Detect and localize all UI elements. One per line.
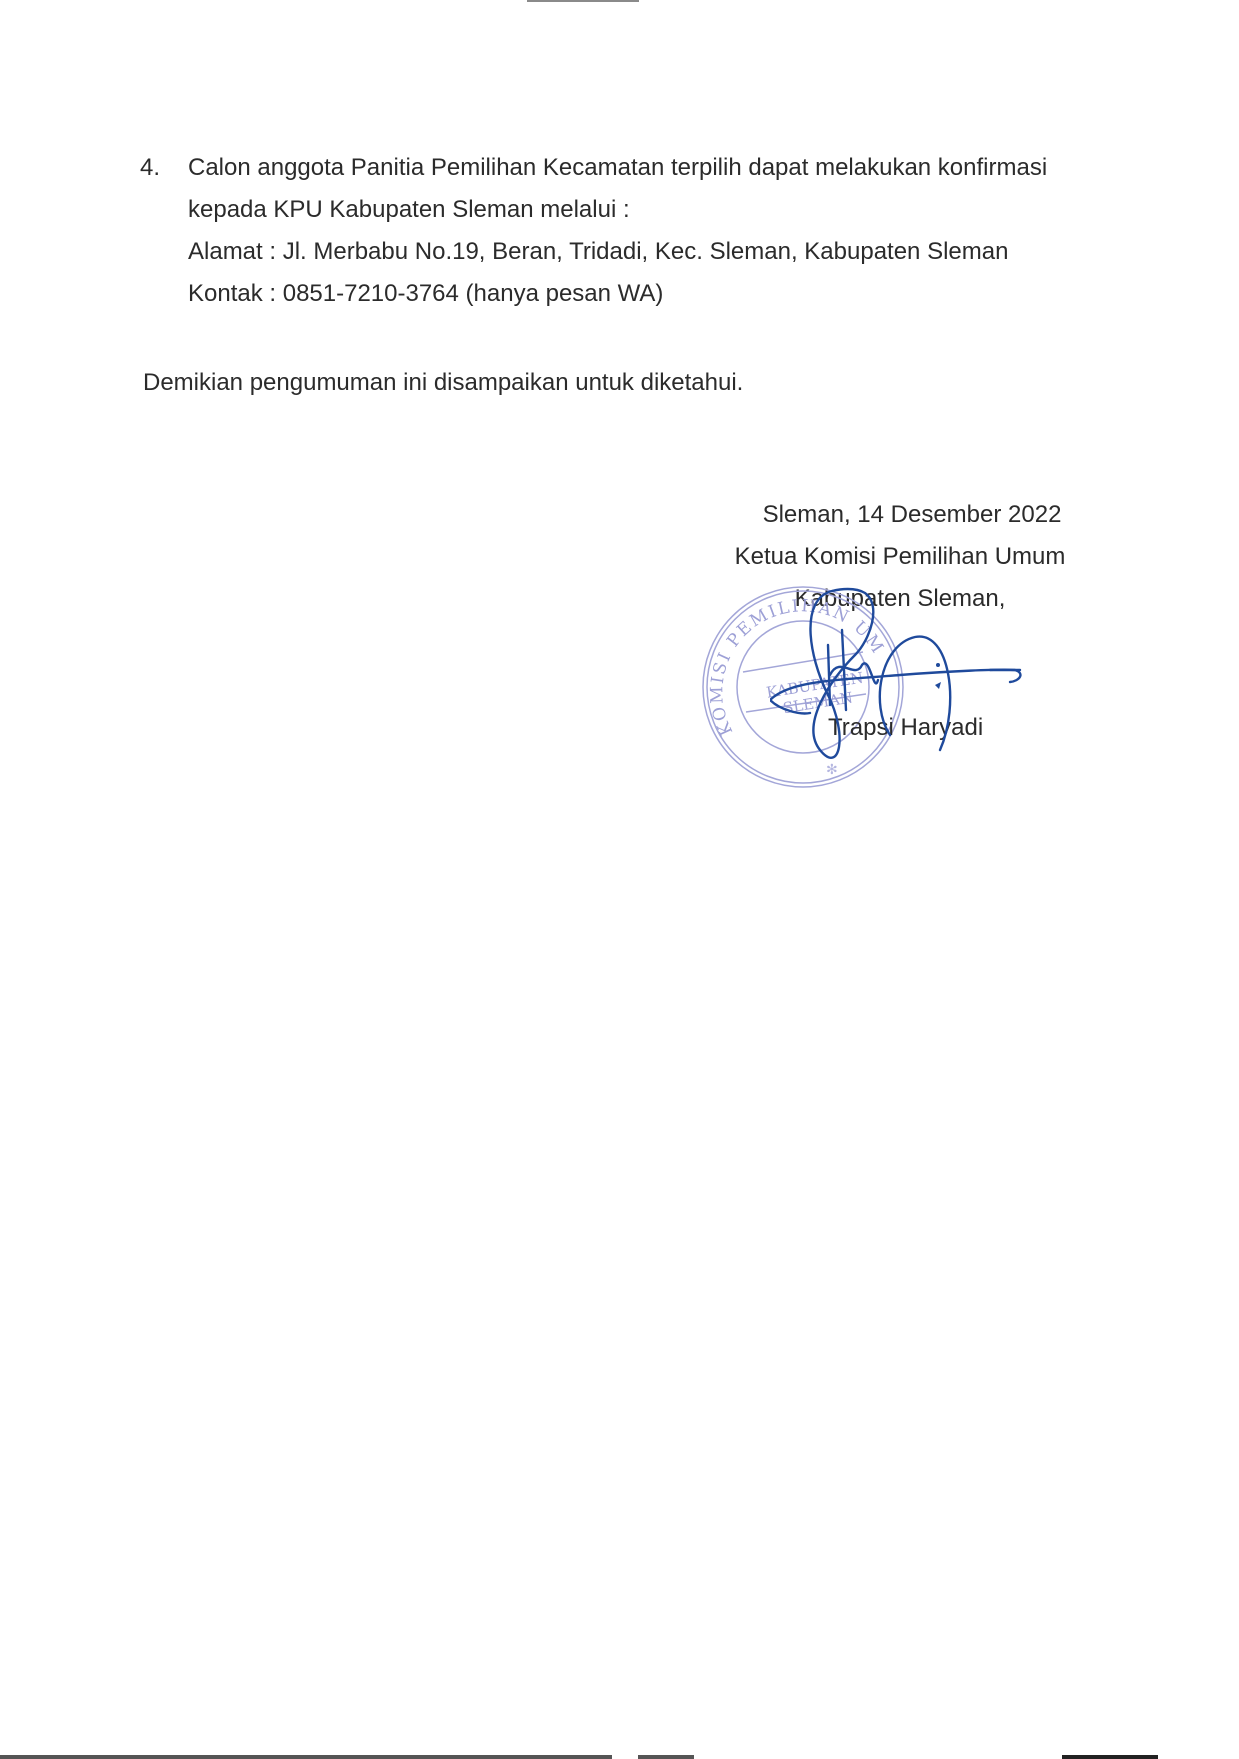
- signer-title: Ketua Komisi Pemilihan Umum: [700, 536, 1100, 578]
- handwritten-signature-icon: [770, 585, 1030, 775]
- bottom-edge-rule: [638, 1755, 694, 1759]
- item-line: Calon anggota Panitia Pemilihan Kecamata…: [188, 147, 1108, 189]
- item-body: Calon anggota Panitia Pemilihan Kecamata…: [188, 147, 1108, 315]
- bottom-edge-rule: [1062, 1755, 1158, 1759]
- bottom-edge-rule: [0, 1755, 612, 1759]
- contact-line: Kontak : 0851-7210-3764 (hanya pesan WA): [188, 273, 1108, 315]
- address-line: Alamat : Jl. Merbabu No.19, Beran, Trida…: [188, 231, 1108, 273]
- item-number: 4.: [140, 147, 160, 189]
- place-date: Sleman, 14 Desember 2022: [724, 494, 1100, 536]
- top-edge-rule: [527, 0, 639, 2]
- closing-statement: Demikian pengumuman ini disampaikan untu…: [143, 362, 743, 404]
- item-line: kepada KPU Kabupaten Sleman melalui :: [188, 189, 1108, 231]
